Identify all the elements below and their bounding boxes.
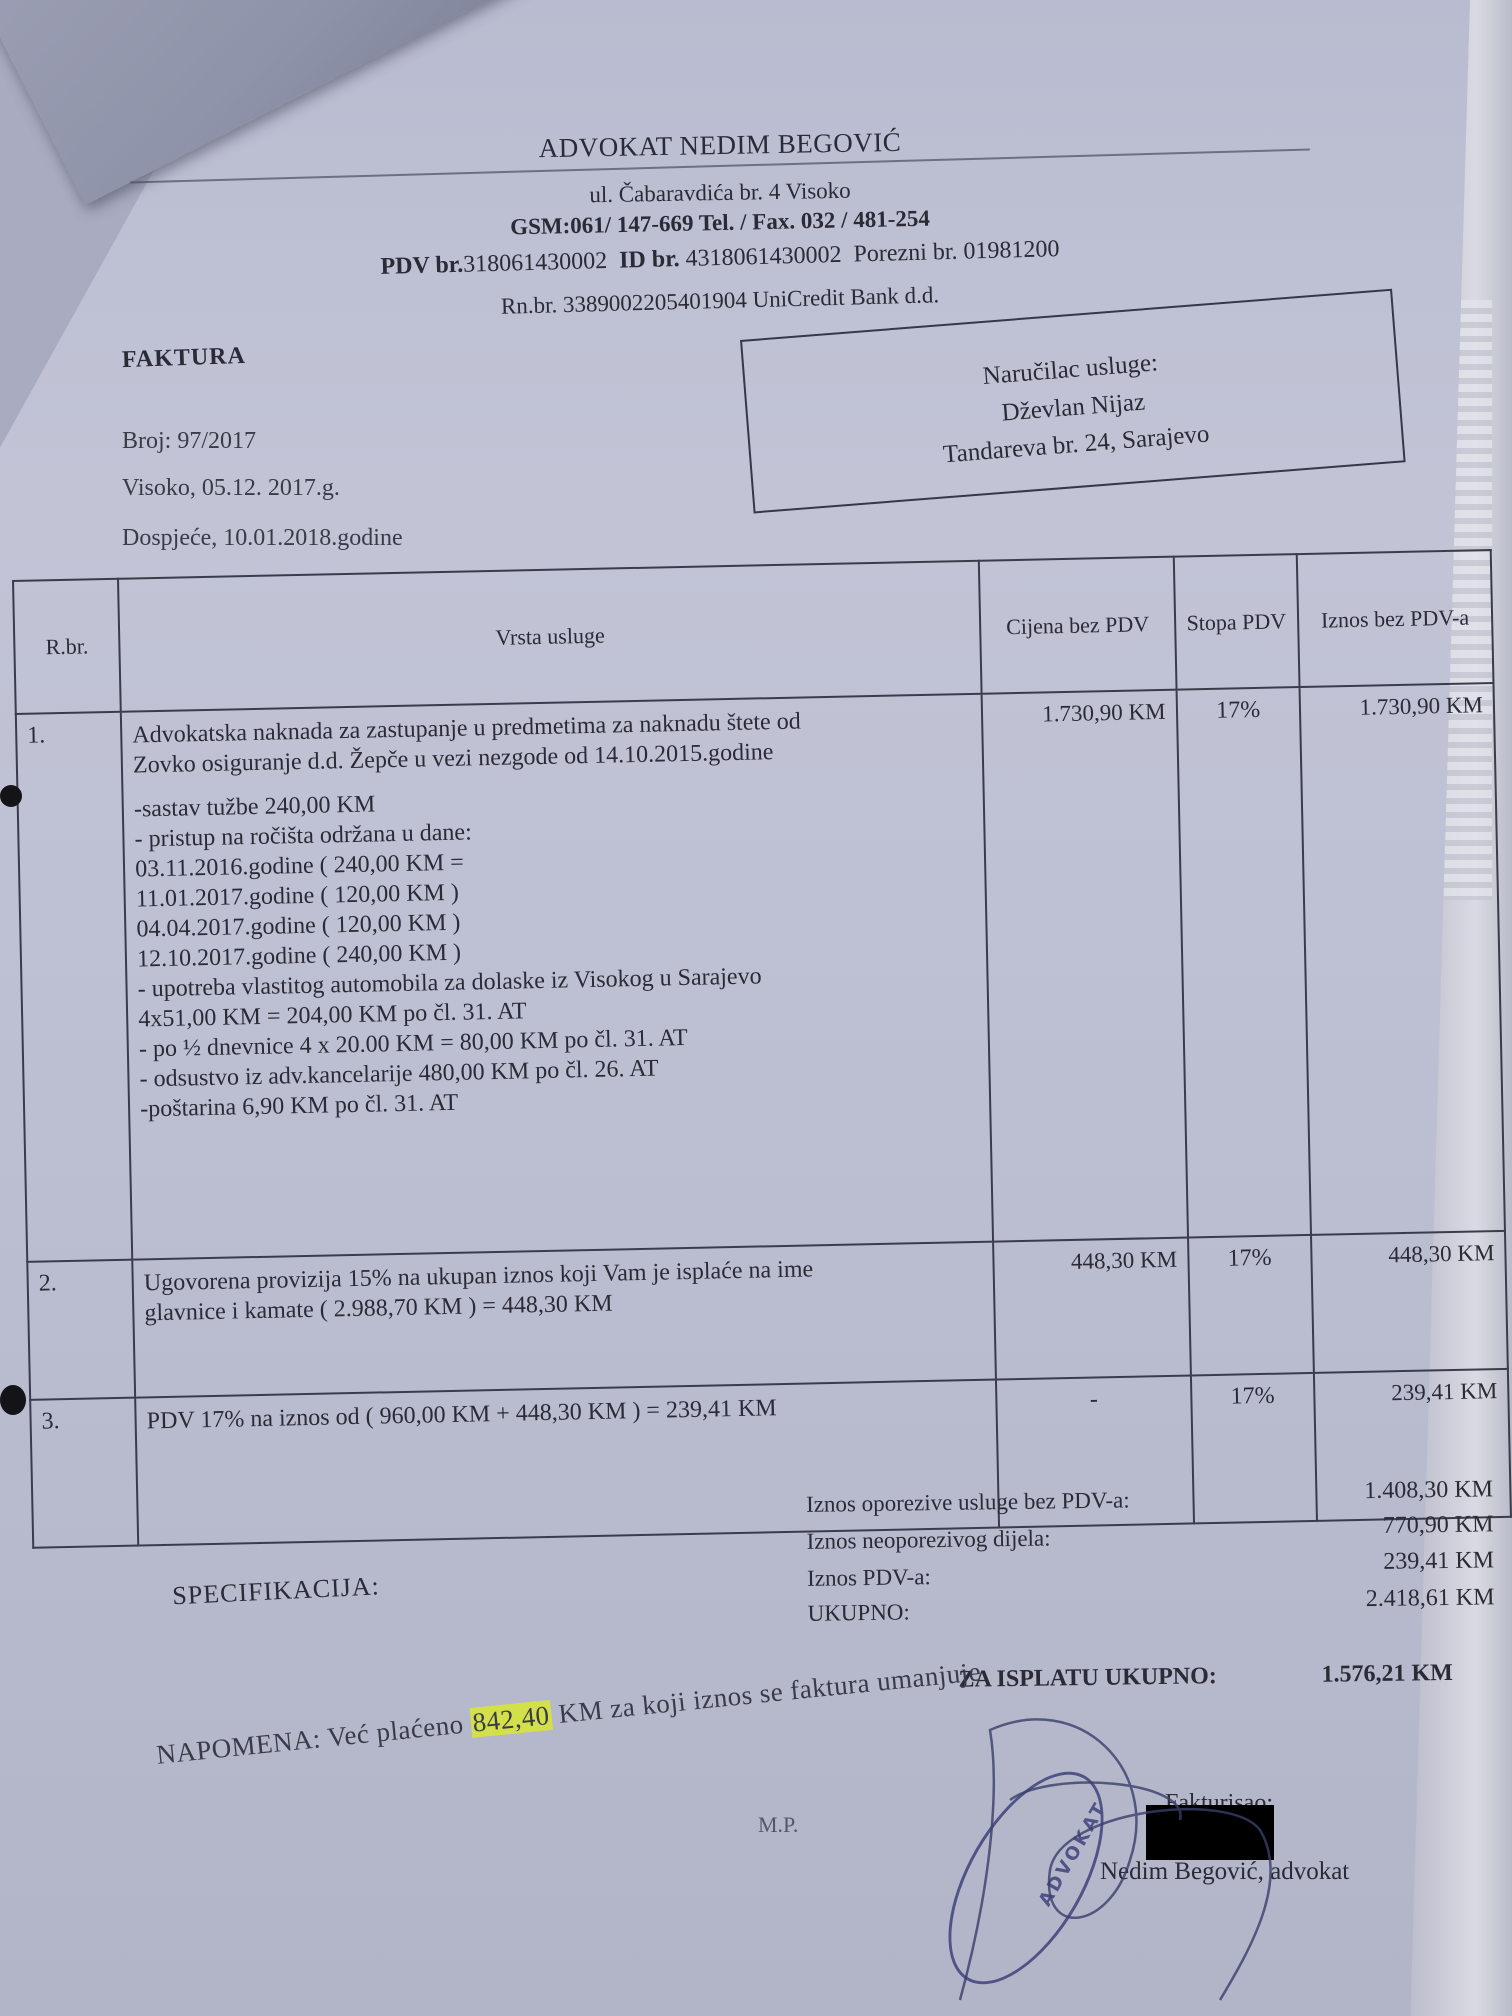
row-description: Ugovorena provizija 15% na ukupan iznos …	[132, 1242, 996, 1398]
row-amount: 448,30 KM	[1311, 1231, 1508, 1373]
header-service: Vrsta usluge	[118, 561, 982, 712]
seal-placeholder: M.P.	[758, 1812, 798, 1838]
table-row: 1.Advokatska naknada za zastupanje u pre…	[16, 683, 1505, 1262]
invoice-due-date: Dospjeće, 10.01.2018.godine	[122, 525, 403, 552]
summary-value: 770,90 KM	[1253, 1511, 1493, 1541]
pdv-label: PDV br.	[380, 252, 463, 280]
pay-total-label: ZA ISPLATU UKUPNO:	[958, 1663, 1217, 1694]
summary-value: 1.408,30 KM	[1253, 1476, 1493, 1506]
header-no: R.br.	[13, 579, 121, 714]
row-description: Advokatska naknada za zastupanje u predm…	[121, 694, 994, 1260]
row-rate: 17%	[1176, 687, 1311, 1237]
row-price: 1.730,90 KM	[982, 690, 1188, 1242]
summary-value: 239,41 KM	[1254, 1547, 1494, 1577]
row-description: PDV 17% na iznos od ( 960,00 KM + 448,30…	[135, 1380, 999, 1546]
row-number: 3.	[30, 1398, 138, 1548]
summary-label: UKUPNO:	[807, 1599, 910, 1626]
row-amount: 1.730,90 KM	[1299, 683, 1505, 1235]
row-rate: 17%	[1188, 1235, 1314, 1376]
summary-label: Iznos PDV-a:	[807, 1564, 931, 1592]
summary-label: Iznos neoporezivog dijela:	[806, 1525, 1050, 1554]
services-table: R.br. Vrsta usluge Cijena bez PDV Stopa …	[12, 549, 1512, 1600]
id-label: ID br.	[619, 246, 680, 274]
header-rate: Stopa PDV	[1173, 554, 1299, 690]
row-number: 2.	[27, 1260, 135, 1400]
header-amount: Iznos bez PDV-a	[1297, 550, 1494, 687]
header-price: Cijena bez PDV	[979, 557, 1176, 694]
tax-label: Porezni br.	[853, 239, 958, 268]
binder-hole	[0, 785, 22, 807]
pdv-number: 318061430002	[463, 248, 608, 278]
pay-total-value: 1.576,21 KM	[1321, 1660, 1453, 1689]
binder-hole	[0, 1385, 26, 1415]
invoice-number: Broj: 97/2017	[122, 428, 256, 455]
row-price: 448,30 KM	[994, 1238, 1191, 1380]
invoice-title: FAKTURA	[122, 343, 247, 374]
invoice-date: Visoko, 05.12. 2017.g.	[122, 475, 340, 502]
description-line: PDV 17% na iznos od ( 960,00 KM + 448,30…	[146, 1389, 986, 1437]
summary-value: 2.418,61 KM	[1254, 1584, 1494, 1614]
row-number: 1.	[16, 712, 133, 1262]
id-number: 4318061430002	[685, 242, 842, 272]
summary-label: Iznos oporezive usluge bez PDV-a:	[806, 1487, 1130, 1518]
tax-number: 01981200	[963, 236, 1060, 265]
signature	[930, 1710, 1410, 2010]
